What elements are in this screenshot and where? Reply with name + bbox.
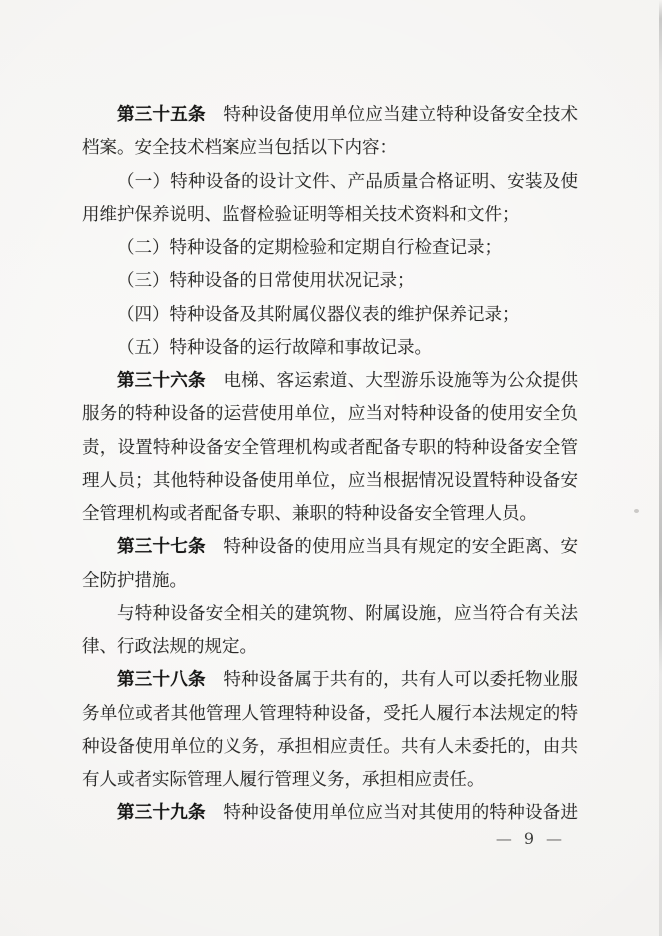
line-text: （四）特种设备及其附属仪器仪表的维护保养记录； [117, 305, 520, 325]
scan-smudge-artifact [634, 509, 639, 513]
scanned-document-page: 第三十五条 特种设备使用单位应当建立特种设备安全技术档案。安全技术档案应当包括以… [0, 0, 662, 936]
line-text: 服务的特种设备的运营使用单位，应当对特种设备的使用安全负 [82, 404, 578, 424]
text-line: 全管理机构或者配备专职、兼职的特种设备安全管理人员。 [82, 498, 578, 531]
line-text: 特种设备使用单位应当对其使用的特种设备进 [206, 803, 578, 823]
text-line: （五）特种设备的运行故障和事故记录。 [82, 332, 578, 365]
line-text: 用维护保养说明、监督检验证明等相关技术资料和文件； [82, 205, 520, 225]
text-line: 种设备使用单位的义务，承担相应责任。共有人未委托的，由共 [82, 731, 578, 764]
text-line: 第三十八条 特种设备属于共有的，共有人可以委托物业服 [82, 664, 578, 697]
line-text: 与特种设备安全相关的建筑物、附属设施，应当符合有关法 [117, 604, 578, 624]
line-text: 全防护措施。 [82, 571, 187, 591]
text-line: 用维护保养说明、监督检验证明等相关技术资料和文件； [82, 199, 578, 232]
article-number: 第三十九条 [117, 803, 206, 823]
text-line: 服务的特种设备的运营使用单位，应当对特种设备的使用安全负 [82, 398, 578, 431]
line-text: 特种设备的使用应当具有规定的安全距离、安 [206, 537, 578, 557]
line-text: 种设备使用单位的义务，承担相应责任。共有人未委托的，由共 [82, 737, 578, 757]
text-line: 第三十五条 特种设备使用单位应当建立特种设备安全技术 [82, 99, 578, 132]
line-text: （三）特种设备的日常使用状况记录； [117, 271, 415, 291]
article-number: 第三十七条 [117, 537, 206, 557]
text-line: （四）特种设备及其附属仪器仪表的维护保养记录； [82, 299, 578, 332]
line-text: （一）特种设备的设计文件、产品质量合格证明、安装及使 [117, 172, 578, 192]
line-text: （五）特种设备的运行故障和事故记录。 [117, 338, 432, 358]
text-line: 责，设置特种设备安全管理机构或者配备专职的特种设备安全管 [82, 432, 578, 465]
article-number: 第三十六条 [117, 371, 206, 391]
text-line: 律、行政法规的规定。 [82, 631, 578, 664]
line-text: 律、行政法规的规定。 [82, 637, 257, 657]
text-line: （一）特种设备的设计文件、产品质量合格证明、安装及使 [82, 166, 578, 199]
line-text: 特种设备属于共有的，共有人可以委托物业服 [206, 670, 578, 690]
text-line: 理人员；其他特种设备使用单位，应当根据情况设置特种设备安 [82, 465, 578, 498]
line-text: 有人或者实际管理人履行管理义务，承担相应责任。 [82, 770, 485, 790]
text-line: 第三十六条 电梯、客运索道、大型游乐设施等为公众提供 [82, 365, 578, 398]
text-line: 务单位或者其他管理人管理特种设备，受托人履行本法规定的特 [82, 698, 578, 731]
text-line: （二）特种设备的定期检验和定期自行检查记录； [82, 232, 578, 265]
page-number-left-dash: — [496, 829, 512, 849]
page-number-right-dash: — [546, 829, 562, 849]
text-line: 全防护措施。 [82, 565, 578, 598]
document-body: 第三十五条 特种设备使用单位应当建立特种设备安全技术档案。安全技术档案应当包括以… [82, 99, 578, 831]
page-footer: — 9 — [496, 829, 562, 849]
page-number: 9 [524, 829, 534, 849]
text-line: 第三十九条 特种设备使用单位应当对其使用的特种设备进 [82, 797, 578, 830]
line-text: 特种设备使用单位应当建立特种设备安全技术 [206, 105, 578, 125]
line-text: 电梯、客运索道、大型游乐设施等为公众提供 [206, 371, 578, 391]
line-text: 档案。安全技术档案应当包括以下内容： [82, 138, 397, 158]
text-line: 档案。安全技术档案应当包括以下内容： [82, 132, 578, 165]
text-line: 与特种设备安全相关的建筑物、附属设施，应当符合有关法 [82, 598, 578, 631]
text-line: 第三十七条 特种设备的使用应当具有规定的安全距离、安 [82, 531, 578, 564]
line-text: 全管理机构或者配备专职、兼职的特种设备安全管理人员。 [82, 504, 537, 524]
line-text: 理人员；其他特种设备使用单位，应当根据情况设置特种设备安 [82, 471, 578, 491]
text-line: 有人或者实际管理人履行管理义务，承担相应责任。 [82, 764, 578, 797]
line-text: 务单位或者其他管理人管理特种设备，受托人履行本法规定的特 [82, 704, 578, 724]
line-text: （二）特种设备的定期检验和定期自行检查记录； [117, 238, 502, 258]
article-number: 第三十八条 [117, 670, 206, 690]
line-text: 责，设置特种设备安全管理机构或者配备专职的特种设备安全管 [82, 438, 578, 458]
article-number: 第三十五条 [117, 105, 206, 125]
text-line: （三）特种设备的日常使用状况记录； [82, 265, 578, 298]
